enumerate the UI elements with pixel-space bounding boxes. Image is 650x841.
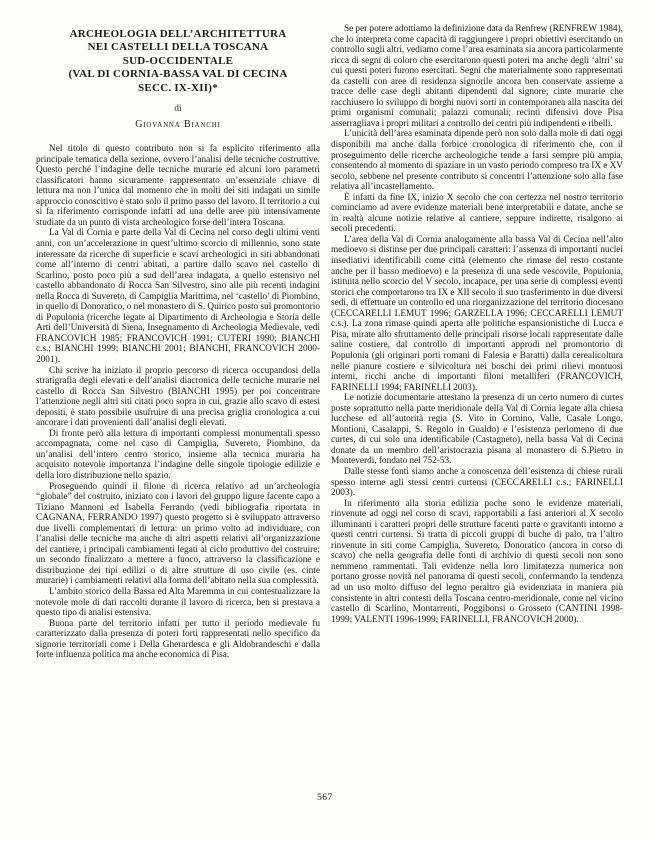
paragraph: Chi scrive ha iniziato il proprio percor… — [36, 366, 320, 429]
paragraph: Di fronte però alla lettura di important… — [36, 429, 320, 482]
paragraph: La Val di Cornia e parte della Val di Ce… — [36, 228, 320, 365]
paragraph: L’ambito storico della Bassa ed Alta Mar… — [36, 587, 320, 619]
paragraph: Se per potere adottiamo la definizione d… — [331, 24, 623, 129]
left-column: ARCHEOLOGIA DELL’ARCHITETTURA NEI CASTEL… — [36, 24, 320, 661]
page-number: 567 — [317, 793, 333, 803]
title-line: SECC. IX-XII)* — [36, 82, 320, 95]
left-column-text: Nel titolo di questo contributo non si f… — [36, 144, 320, 661]
title-line: SUD-OCCIDENTALE — [36, 55, 320, 68]
paragraph: Dalle stesse fonti siamo anche a conosce… — [331, 467, 623, 499]
paragraph: Proseguendo quindi il filone di ricerca … — [36, 482, 320, 587]
title-line: ARCHEOLOGIA DELL’ARCHITETTURA — [36, 28, 320, 41]
paragraph: Buona parte del territorio infatti per t… — [36, 619, 320, 661]
right-column: Se per potere adottiamo la definizione d… — [331, 24, 623, 625]
paragraph: In riferimento alla storia edilizia poch… — [331, 499, 623, 626]
byline: di — [36, 104, 320, 115]
paragraph: Nel titolo di questo contributo non si f… — [36, 144, 320, 228]
title-line: NEI CASTELLI DELLA TOSCANA — [36, 41, 320, 54]
paragraph: È infatti da fine IX, inizio X secolo ch… — [331, 193, 623, 235]
author-name: Giovanna Bianchi — [36, 119, 320, 131]
paragraph: L’area della Val di Cornia analogamente … — [331, 235, 623, 393]
article-title: ARCHEOLOGIA DELL’ARCHITETTURA NEI CASTEL… — [36, 28, 320, 95]
journal-page: ARCHEOLOGIA DELL’ARCHITETTURA NEI CASTEL… — [0, 0, 650, 841]
paragraph: L’unicità dell’area esaminata dipende pe… — [331, 129, 623, 192]
title-line: (VAL DI CORNIA-BASSA VAL DI CECINA — [36, 68, 320, 81]
paragraph: Le notizie documentarie attestano la pre… — [331, 393, 623, 467]
